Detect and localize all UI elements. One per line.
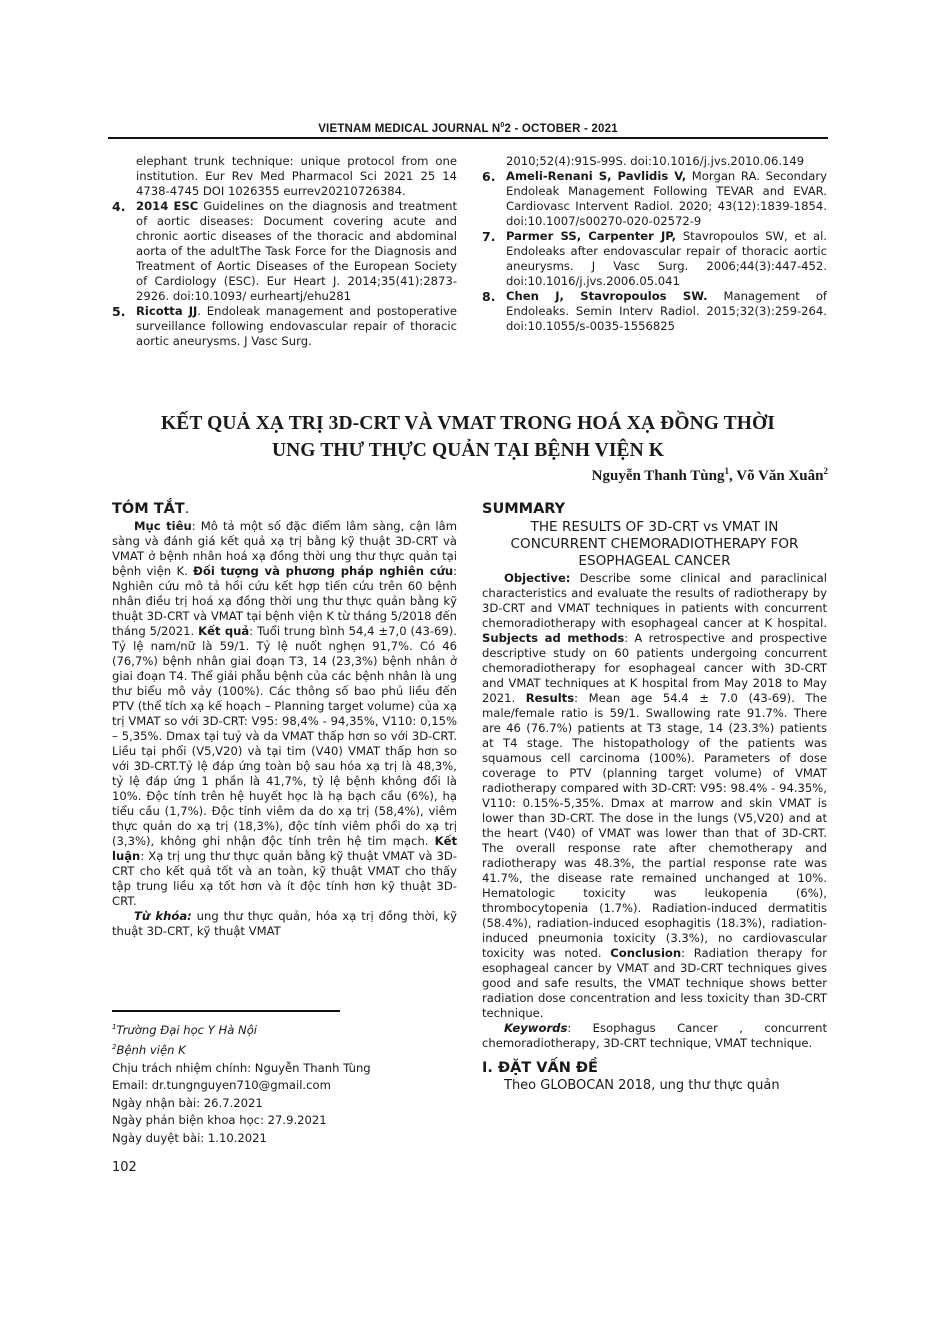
date-accepted: Ngày duyệt bài: 1.10.2021: [112, 1130, 457, 1148]
methods-label: Subjects ad methods: [482, 631, 624, 645]
title-line-2: UNG THƯ THỰC QUẢN TẠI BỆNH VIỆN K: [108, 437, 828, 464]
reference-number: 7.: [482, 229, 495, 244]
reference-item: 8. Chen J, Stavropoulos SW. Management o…: [482, 289, 827, 334]
results-text: : Mean age 54.4 ± 7.0 (43-69). The male/…: [482, 691, 827, 960]
reference-authors: Ameli-Renani S, Pavlidis V,: [506, 169, 686, 183]
results-label: Results: [526, 691, 574, 705]
reference-authors: Ricotta JJ: [136, 304, 197, 318]
responsible-author: Chịu trách nhiệm chính: Nguyễn Thanh Tùn…: [112, 1060, 457, 1078]
email: Email: dr.tungnguyen710@gmail.com: [112, 1077, 457, 1095]
footnote-rule: [112, 1010, 340, 1012]
date-received: Ngày nhận bài: 26.7.2021: [112, 1095, 457, 1113]
footnotes: 1Trường Đại học Y Hà Nội 2Bệnh viện K Ch…: [112, 1019, 457, 1147]
reference-item: 6. Ameli-Renani S, Pavlidis V, Morgan RA…: [482, 169, 827, 229]
heading-text: TÓM TẮT: [112, 501, 185, 517]
references-left: elephant trunk technique: unique protoco…: [112, 154, 457, 349]
objective-label: Objective:: [504, 571, 570, 585]
reference-authors: 2014 ESC: [136, 199, 198, 213]
affiliation-1: 1Trường Đại học Y Hà Nội: [112, 1019, 457, 1039]
summary-english: SUMMARY THE RESULTS OF 3D-CRT vs VMAT IN…: [482, 500, 827, 1093]
objective-label: Mục tiêu: [134, 519, 192, 533]
methods-label: Đối tượng và phương pháp nghiên cứu: [193, 564, 453, 578]
keywords-label: Từ khóa:: [134, 909, 192, 923]
reference-number: 8.: [482, 289, 495, 304]
date-reviewed: Ngày phản biện khoa học: 27.9.2021: [112, 1112, 457, 1130]
reference-authors: Parmer SS, Carpenter JP,: [506, 229, 676, 243]
references-right: 2010;52(4):91S-99S. doi:10.1016/j.jvs.20…: [482, 154, 827, 334]
article-title: KẾT QUẢ XẠ TRỊ 3D-CRT VÀ VMAT TRONG HOÁ …: [108, 410, 828, 464]
author-2-affiliation: 2: [824, 466, 829, 476]
keywords: Từ khóa: ung thư thực quản, hóa xạ trị đ…: [112, 909, 457, 939]
section-body: Theo GLOBOCAN 2018, ung thư thực quản: [482, 1078, 827, 1093]
conclusion-label: Conclusion: [610, 946, 681, 960]
summary-title: THE RESULTS OF 3D-CRT vs VMAT IN CONCURR…: [482, 519, 827, 570]
reference-text: 2010;52(4):91S-99S. doi:10.1016/j.jvs.20…: [506, 154, 804, 168]
keywords: Keywords: Esophagus Cancer , concurrent …: [482, 1021, 827, 1051]
issue-date: 2 - OCTOBER - 2021: [504, 123, 617, 135]
reference-item: elephant trunk technique: unique protoco…: [112, 154, 457, 199]
page-number: 102: [112, 1160, 137, 1175]
keywords-label: Keywords: [504, 1021, 567, 1035]
author-2: Võ Văn Xuân: [736, 468, 823, 484]
summary-heading: SUMMARY: [482, 500, 827, 518]
reference-item: 2010;52(4):91S-99S. doi:10.1016/j.jvs.20…: [482, 154, 827, 169]
authors: Nguyễn Thanh Tùng1, Võ Văn Xuân2: [592, 466, 828, 485]
aff-text: Bệnh viện K: [116, 1043, 185, 1057]
results-text: : Tuổi trung bình 54,4 ±7,0 (43-69). Tỷ …: [112, 624, 457, 848]
title-line-1: KẾT QUẢ XẠ TRỊ 3D-CRT VÀ VMAT TRONG HOÁ …: [108, 410, 828, 437]
reference-item: 4. 2014 ESC Guidelines on the diagnosis …: [112, 199, 457, 304]
heading-dot: .: [185, 501, 190, 517]
reference-text: Guidelines on the diagnosis and treatmen…: [136, 199, 457, 303]
abstract-heading: TÓM TẮT.: [112, 500, 457, 518]
reference-item: 5. Ricotta JJ. Endoleak management and p…: [112, 304, 457, 349]
affiliation-2: 2Bệnh viện K: [112, 1039, 457, 1059]
summary-body: Objective: Describe some clinical and pa…: [482, 571, 827, 1021]
results-label: Kết quả: [198, 624, 249, 638]
reference-number: 5.: [112, 304, 125, 319]
conclusion-text: : Xạ trị ung thư thực quản bằng kỹ thuật…: [112, 849, 457, 908]
abstract-vietnamese: TÓM TẮT. Mục tiêu: Mô tả một số đặc điểm…: [112, 500, 457, 939]
reference-text: elephant trunk technique: unique protoco…: [136, 154, 457, 198]
author-1: Nguyễn Thanh Tùng: [592, 468, 725, 484]
reference-number: 6.: [482, 169, 495, 184]
reference-number: 4.: [112, 199, 125, 214]
journal-header: VIETNAM MEDICAL JOURNAL N02 - OCTOBER - …: [108, 122, 828, 135]
reference-item: 7. Parmer SS, Carpenter JP, Stavropoulos…: [482, 229, 827, 289]
aff-text: Trường Đại học Y Hà Nội: [116, 1023, 257, 1037]
abstract-body: Mục tiêu: Mô tả một số đặc điểm lâm sàng…: [112, 519, 457, 909]
reference-authors: Chen J, Stavropoulos SW.: [506, 289, 708, 303]
header-rule: [108, 137, 828, 139]
journal-name: VIETNAM MEDICAL JOURNAL N: [318, 123, 500, 135]
section-heading: I. ĐẶT VẤN ĐỀ: [482, 1059, 827, 1077]
